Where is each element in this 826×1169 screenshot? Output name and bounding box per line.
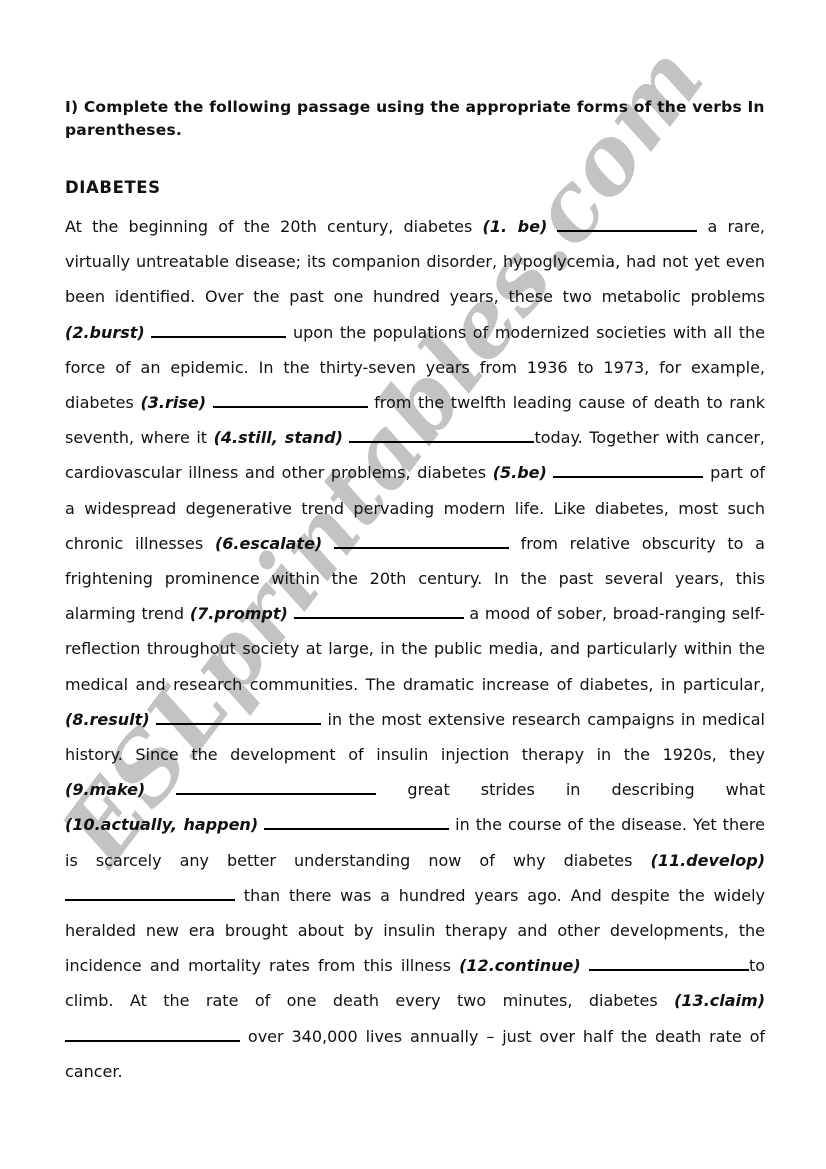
verb-hint: (8.result) (65, 710, 150, 729)
verb-hint: (6.escalate) (215, 534, 322, 553)
passage-text: At the beginning of the 20th century, di… (65, 209, 765, 1089)
verb-hint: (4.still, stand) (214, 428, 343, 447)
fill-in-blank-11 (65, 887, 235, 901)
fill-in-blank-6 (334, 535, 509, 549)
verb-hint: (3.rise) (140, 393, 206, 412)
fill-in-blank-13 (65, 1028, 240, 1042)
fill-in-blank-5 (553, 464, 703, 478)
verb-hint: (1. be) (483, 217, 548, 236)
fill-in-blank-4 (349, 429, 534, 443)
passage-title: DIABETES (65, 178, 765, 197)
fill-in-blank-7 (294, 605, 464, 619)
verb-hint: (7.prompt) (190, 604, 288, 623)
verb-hint: (10.actually, happen) (65, 815, 258, 834)
fill-in-blank-1 (557, 218, 697, 232)
fill-in-blank-10 (264, 816, 449, 830)
fill-in-blank-3 (213, 394, 368, 408)
verb-hint: (12.continue) (459, 956, 581, 975)
verb-hint: (13.claim) (674, 991, 765, 1010)
verb-hint: (9.make) (65, 780, 145, 799)
exercise-instructions: I) Complete the following passage using … (65, 96, 765, 142)
fill-in-blank-9 (176, 781, 376, 795)
worksheet-page: ESLprintables.com I) Complete the follow… (0, 0, 826, 1169)
worksheet-content: I) Complete the following passage using … (65, 96, 765, 1089)
fill-in-blank-12 (589, 957, 749, 971)
verb-hint: (2.burst) (65, 323, 145, 342)
verb-hint: (11.develop) (651, 851, 765, 870)
verb-hint: (5.be) (493, 463, 547, 482)
fill-in-blank-2 (151, 324, 286, 338)
fill-in-blank-8 (156, 711, 321, 725)
